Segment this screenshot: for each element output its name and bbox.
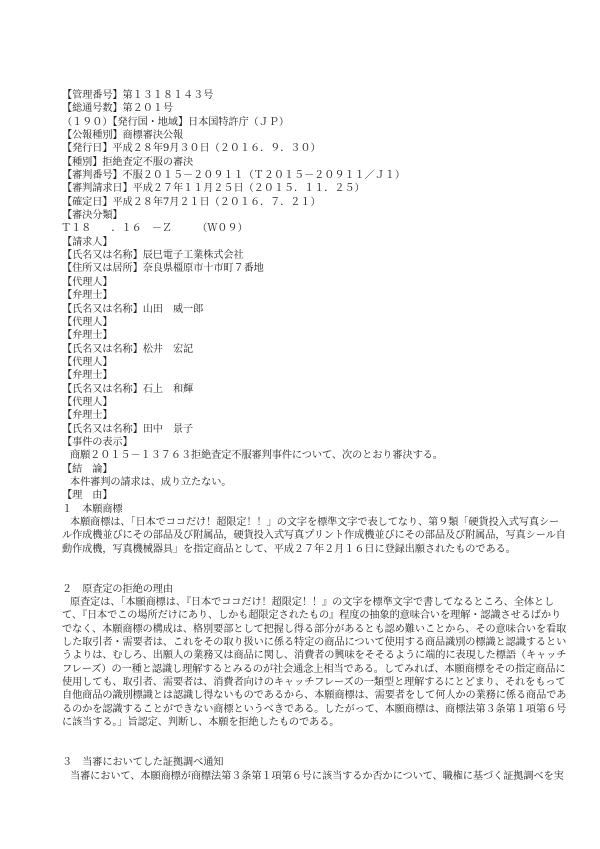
body-line: 原査定は、「本願商標は、『日本でココだけ！超限定！！』の文字を標準文字で書してな…: [62, 596, 582, 609]
trial-number: 【審判番号】不服２０１５－２０９１１（Ｔ２０１５－２０９１１／Ｊ１）: [62, 169, 582, 182]
document-page: 【管理番号】第１３１８１４３号 【総通号数】第２０１号 （１９０）【発行国・地域…: [62, 89, 582, 783]
applicant-name: 【氏名又は名称】辰巳電子工業株式会社: [62, 249, 582, 262]
body-line: 当審において、本願商標が商標法第３条第１項第６号に該当するか否かについて、職権に…: [62, 770, 582, 783]
agent-name: 【氏名又は名称】石上 和輝: [62, 383, 582, 396]
spacer: [62, 743, 582, 756]
section-heading: ２ 原査定の拒絶の理由: [62, 583, 582, 596]
agent-title: 【弁理士】: [62, 289, 582, 302]
issuing-country: （１９０）【発行国・地域】日本国特許庁（ＪＰ）: [62, 116, 582, 129]
case-text: 商願２０１５－１３７６３拒絶査定不服審判事件について、次のとおり審決する。: [62, 449, 582, 462]
body-line: した取引者・需要者は、これをその取り扱いに係る特定の商品について使用する商品識別…: [62, 636, 582, 649]
agent-name: 【氏名又は名称】山田 威一郎: [62, 303, 582, 316]
spacer: [62, 730, 582, 743]
agent-title: 【弁理士】: [62, 329, 582, 342]
body-line: 動作成機，写真機械器具」を指定商品として、平成２７年２月１６日に登録出願されたも…: [62, 543, 582, 556]
body-line: るのかを認識することができない商標というべきである。したがって、本願商標は、商標…: [62, 703, 582, 716]
body-line: 使用しても、取引者、需要者は、消費者向けのキャッチフレーズの一類型と理解するにと…: [62, 676, 582, 689]
reason-label: 【理 由】: [62, 489, 582, 502]
agent-title: 【弁理士】: [62, 369, 582, 382]
gazette-type: 【公報種別】商標審決公報: [62, 129, 582, 142]
section-heading: ３ 当審においてした証拠調べ通知: [62, 756, 582, 769]
agent-role: 【代理人】: [62, 396, 582, 409]
request-date: 【審判請求日】平成２７年１１月２５日（２０１５．１１．２５）: [62, 182, 582, 195]
body-line: フレーズ）の一種と認識し理解するとみるのが社会通念上相当である。してみれば、本願…: [62, 663, 582, 676]
section-heading: １ 本願商標: [62, 503, 582, 516]
agent-title: 【弁理士】: [62, 409, 582, 422]
agent-role: 【代理人】: [62, 316, 582, 329]
agent-name: 【氏名又は名称】田中 景子: [62, 423, 582, 436]
classification-label: 【審決分類】: [62, 209, 582, 222]
spacer: [62, 569, 582, 582]
applicant-address: 【住所又は居所】奈良県橿原市十市町７番地: [62, 262, 582, 275]
body-line: て、『日本でこの場所だけにあり、しかも超限定されたもの』程度の抽象的意味合いを理…: [62, 609, 582, 622]
body-line: に該当する。」旨認定、判断し、本願を拒絶したものである。: [62, 716, 582, 729]
conclusion-label: 【結 論】: [62, 463, 582, 476]
management-number: 【管理番号】第１３１８１４３号: [62, 89, 582, 102]
spacer: [62, 556, 582, 569]
agent-role: 【代理人】: [62, 356, 582, 369]
conclusion-text: 本件審判の請求は、成り立たない。: [62, 476, 582, 489]
body-line: でなく、本願商標の構成は、格別要部として把握し得る部分があるとも認め難いことから…: [62, 623, 582, 636]
body-line: 本願商標は、「日本でココだけ！超限定！！」の文字を標準文字で表してなり、第９類「…: [62, 516, 582, 529]
body-line: 自他商品の識別標識とは認識し得ないものであるから、本願商標は、需要者をして何人か…: [62, 689, 582, 702]
final-date: 【確定日】平成２８年7月２１日（２０１６．７．２１）: [62, 196, 582, 209]
agent-role: 【代理人】: [62, 276, 582, 289]
body-line: ル作成機並びにその部品及び附属品，硬貨投入式写真プリント作成機並びにその部品及び…: [62, 529, 582, 542]
agent-name: 【氏名又は名称】松井 宏記: [62, 343, 582, 356]
applicant-role: 【請求人】: [62, 236, 582, 249]
issue-date: 【発行日】平成２８年9月３０日（２０１６．９．３０）: [62, 142, 582, 155]
classification-value: Ｔ１８ ．１６ －Ｚ （Ｗ０９）: [61, 222, 582, 235]
case-label: 【事件の表示】: [62, 436, 582, 449]
total-issue-number: 【総通号数】第２０１号: [62, 102, 582, 115]
decision-kind: 【種別】拒絶査定不服の審決: [62, 156, 582, 169]
body-line: うよりは、むしろ、出願人の業務又は商品に関し、消費者の興味をそそるように端的に表…: [62, 649, 582, 662]
